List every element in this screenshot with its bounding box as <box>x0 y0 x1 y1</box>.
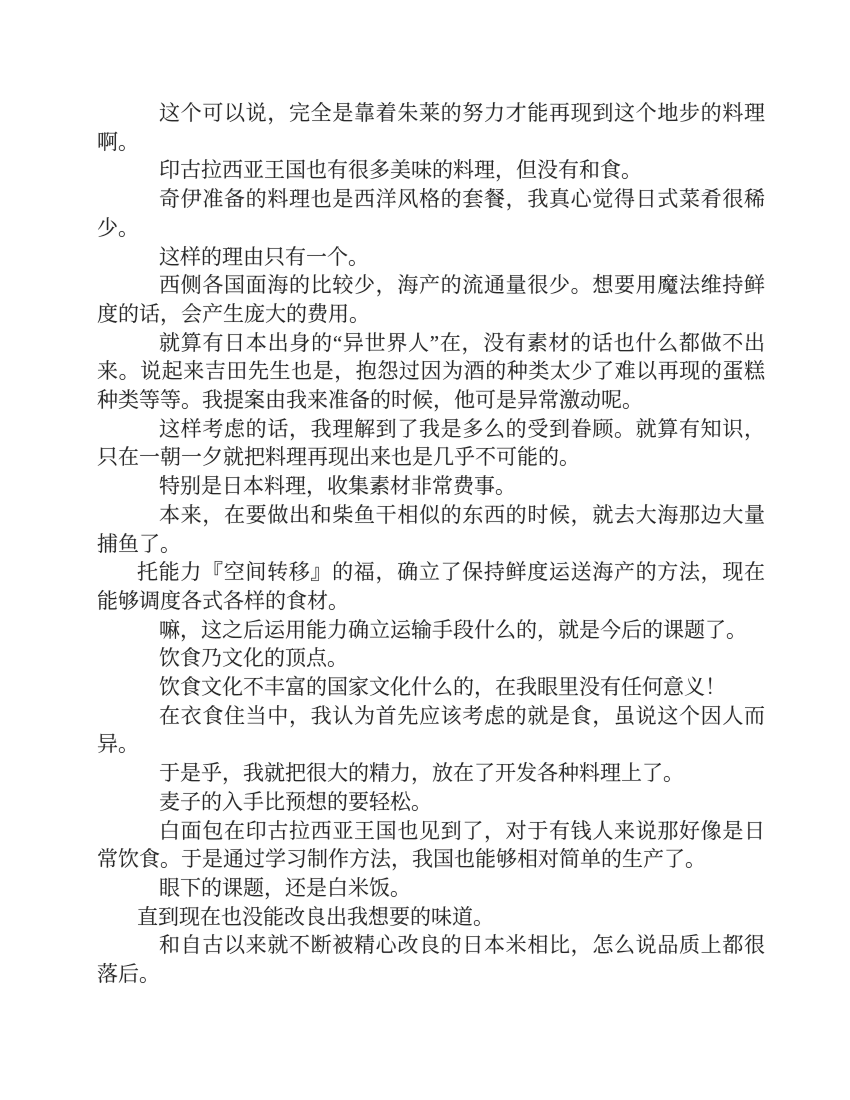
paragraph: 本来，在要做出和柴鱼干相似的东西的时候，就去大海那边大量捕鱼了。 <box>97 501 765 558</box>
document-page: 这个可以说，完全是靠着朱莱的努力才能再现到这个地步的料理啊。印古拉西亚王国也有很… <box>0 0 850 1100</box>
paragraph: 印古拉西亚王国也有很多美味的料理，但没有和食。 <box>97 156 765 185</box>
paragraph: 托能力『空间转移』的福，确立了保持鲜度运送海产的方法，现在能够调度各式各样的食材… <box>97 558 765 615</box>
paragraph: 在衣食住当中，我认为首先应该考虑的就是食，虽说这个因人而异。 <box>97 702 765 759</box>
paragraph: 和自古以来就不断被精心改良的日本米相比，怎么说品质上都很落后。 <box>97 931 765 988</box>
paragraph: 于是乎，我就把很大的精力，放在了开发各种料理上了。 <box>97 759 765 788</box>
paragraph: 饮食文化不丰富的国家文化什么的，在我眼里没有任何意义！ <box>97 673 765 702</box>
paragraph: 眼下的课题，还是白米饭。 <box>97 874 765 903</box>
paragraph: 直到现在也没能改良出我想要的味道。 <box>97 903 765 932</box>
paragraph: 嘛，这之后运用能力确立运输手段什么的，就是今后的课题了。 <box>97 616 765 645</box>
paragraph: 就算有日本出身的“异世界人”在，没有素材的话也什么都做不出来。说起来吉田先生也是… <box>97 329 765 415</box>
paragraph: 特别是日本料理，收集素材非常费事。 <box>97 472 765 501</box>
paragraph: 奇伊准备的料理也是西洋风格的套餐，我真心觉得日式菜肴很稀少。 <box>97 185 765 242</box>
paragraph: 这样的理由只有一个。 <box>97 243 765 272</box>
paragraph: 西侧各国面海的比较少，海产的流通量很少。想要用魔法维持鲜度的话，会产生庞大的费用… <box>97 271 765 328</box>
paragraph: 饮食乃文化的顶点。 <box>97 644 765 673</box>
paragraph: 这样考虑的话，我理解到了我是多么的受到眷顾。就算有知识，只在一朝一夕就把料理再现… <box>97 415 765 472</box>
text-body: 这个可以说，完全是靠着朱莱的努力才能再现到这个地步的料理啊。印古拉西亚王国也有很… <box>97 99 765 989</box>
paragraph: 白面包在印古拉西亚王国也见到了，对于有钱人来说那好像是日常饮食。于是通过学习制作… <box>97 817 765 874</box>
paragraph: 这个可以说，完全是靠着朱莱的努力才能再现到这个地步的料理啊。 <box>97 99 765 156</box>
paragraph: 麦子的入手比预想的要轻松。 <box>97 788 765 817</box>
